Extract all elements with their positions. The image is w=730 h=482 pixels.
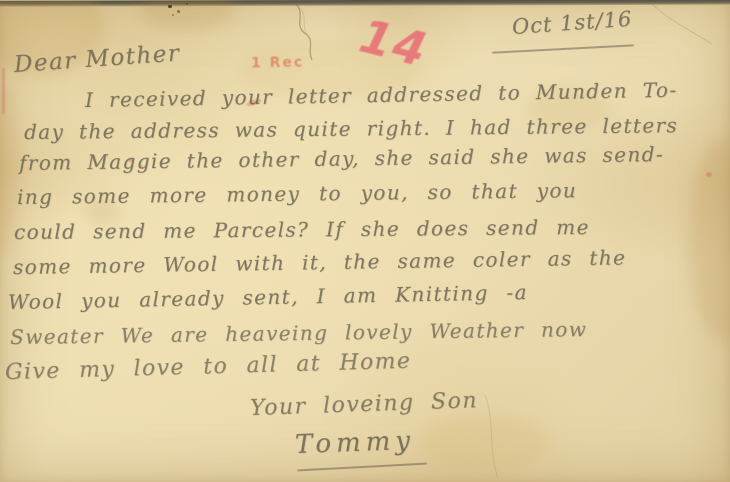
letter-line: could send me Parcels? If she does send … bbox=[14, 215, 590, 244]
signature: Tommy bbox=[294, 426, 415, 460]
faint-red-stamp: 1 Rec bbox=[251, 55, 304, 72]
letter-paper: 14 1 Rec Oct 1st/16 Dear Mother I receiv… bbox=[0, 0, 730, 482]
